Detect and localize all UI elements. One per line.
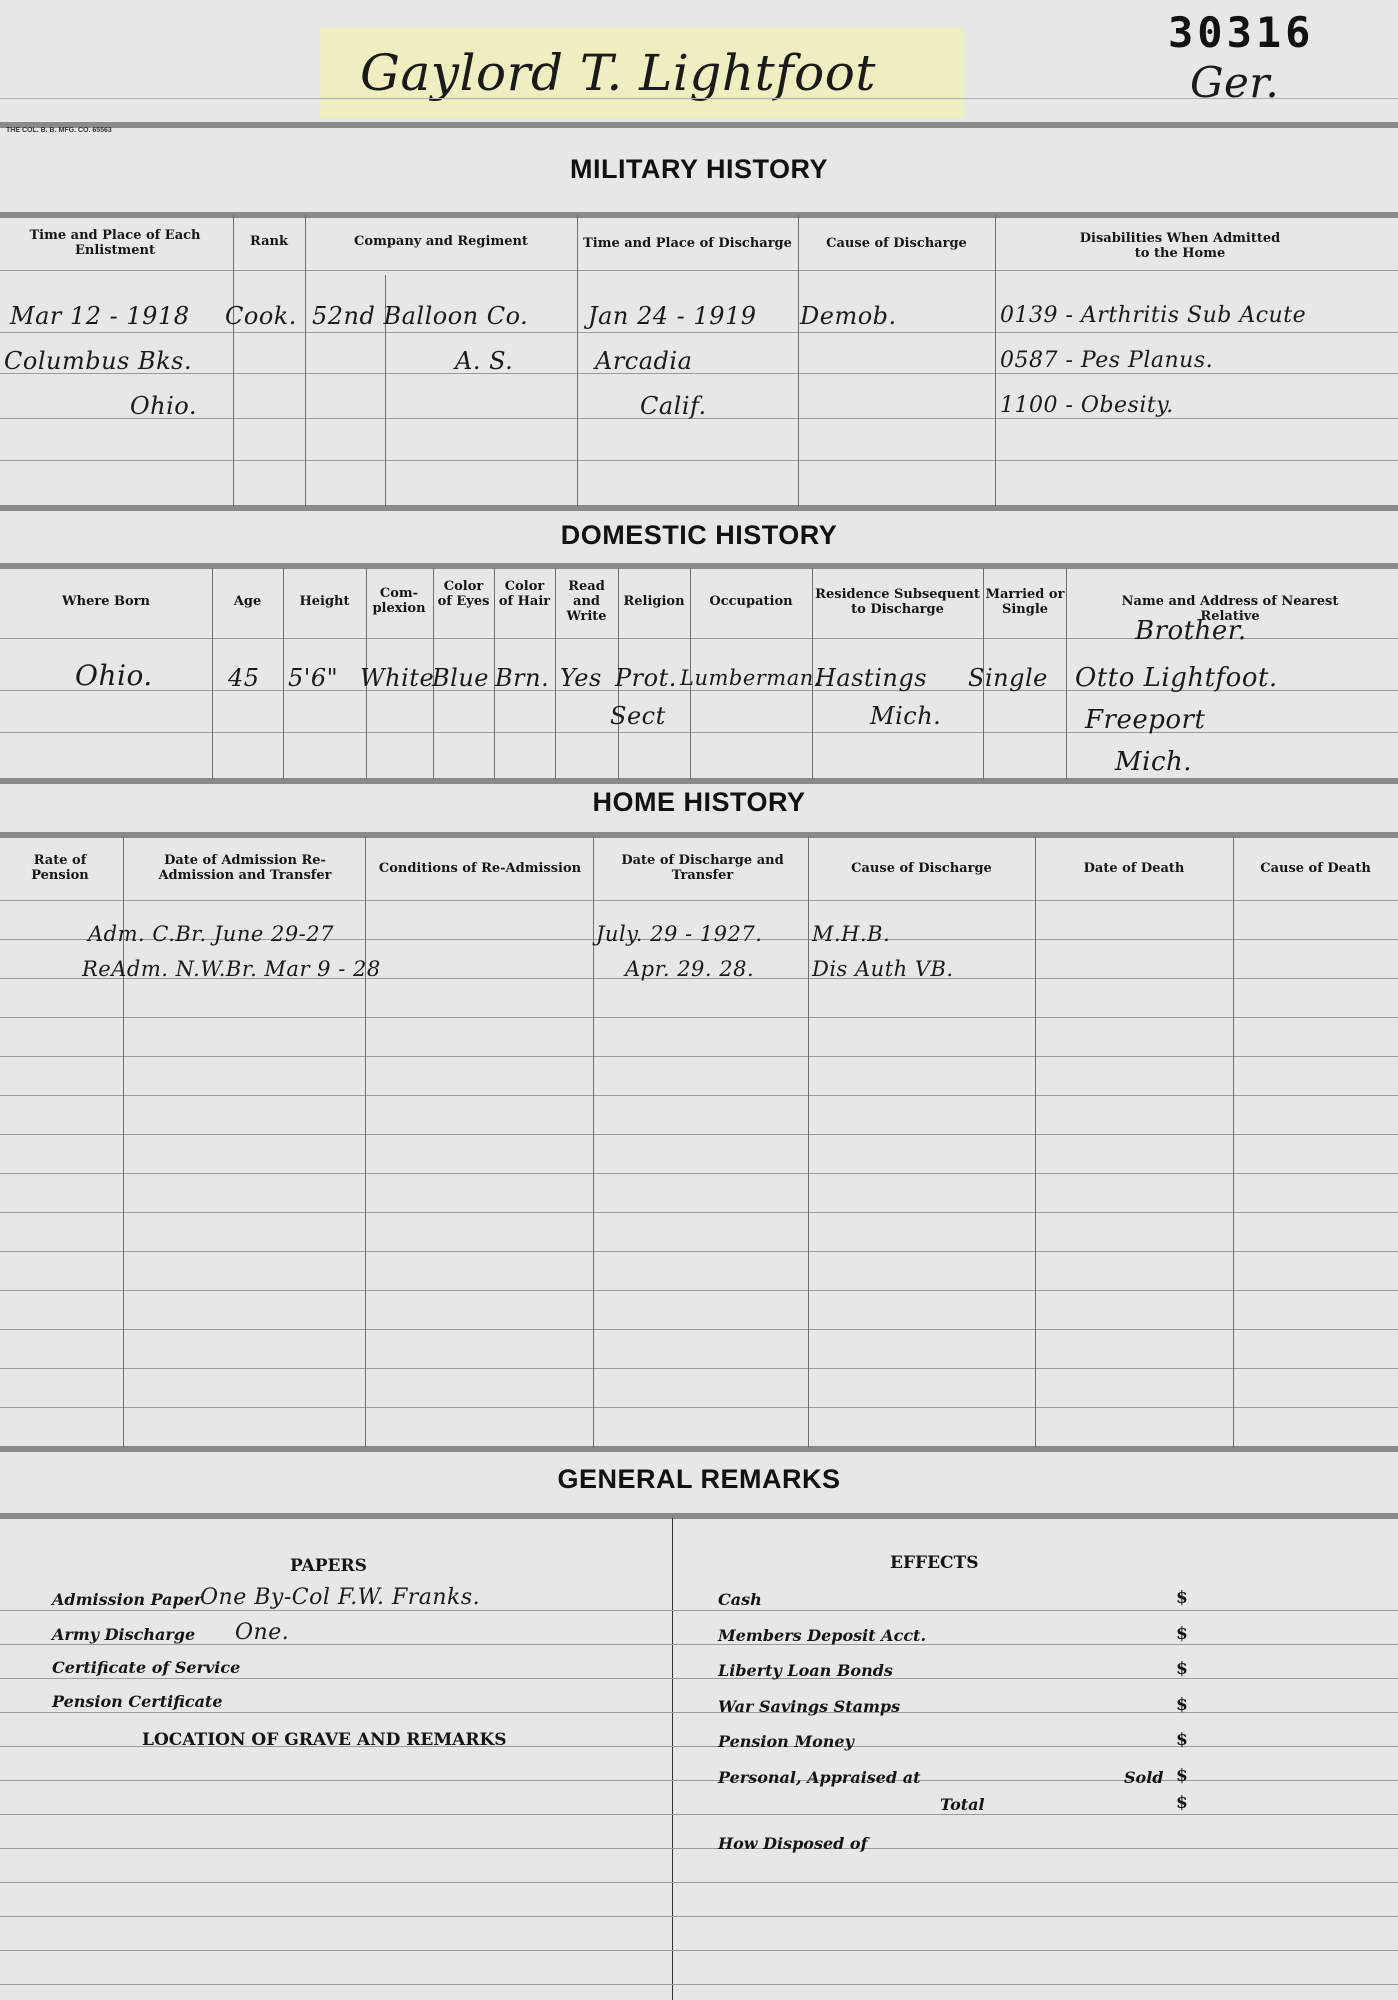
col-age: Age: [212, 594, 283, 609]
disability-2: 0587 - Pes Planus.: [1000, 345, 1213, 377]
paper-value-army-discharge: One.: [235, 1617, 289, 1649]
col-marital: Married or Single: [985, 587, 1065, 617]
effects-total-currency: $: [1176, 1793, 1188, 1813]
military-history-title: MILITARY HISTORY: [0, 154, 1398, 185]
effects-item-label: Members Deposit Acct.: [718, 1626, 926, 1645]
record-number: 30316: [1168, 8, 1314, 57]
relative-line-2: Otto Lightfoot.: [1075, 662, 1278, 694]
col-company-regiment: Company and Regiment: [305, 234, 577, 249]
paper-label-army-discharge: Army Discharge: [52, 1625, 195, 1644]
discharge-line-3: Calif.: [640, 390, 707, 422]
col-rank: Rank: [233, 234, 305, 249]
effects-sold-label: Sold: [1124, 1768, 1164, 1787]
relative-line-4: Mich.: [1115, 746, 1192, 778]
effects-total-label: Total: [940, 1795, 985, 1814]
col-hair-color: Color of Hair: [497, 579, 552, 609]
col-enlistment: Time and Place of Each Enlistment: [15, 228, 215, 258]
col-date-death: Date of Death: [1035, 861, 1233, 876]
enlistment-line-3: Ohio.: [130, 390, 197, 422]
discharge-row-2: Apr. 29. 28.: [625, 953, 754, 985]
residence-line-1: Hastings: [815, 662, 927, 694]
disability-3: 1100 - Obesity.: [1000, 390, 1174, 422]
cause-row-1: M.H.B.: [812, 918, 890, 950]
col-cause-discharge: Cause of Discharge: [798, 236, 995, 251]
effects-item-label: War Savings Stamps: [718, 1697, 900, 1716]
col-complexion: Com-plexion: [369, 586, 429, 616]
col-disabilities: Disabilities When Admitted to the Home: [1075, 231, 1285, 261]
col-discharge-time-place: Time and Place of Discharge: [577, 236, 798, 251]
relative-line-1: Brother.: [1135, 615, 1247, 647]
admission-row-1: Adm. C.Br. June 29-27: [88, 918, 334, 950]
record-branch: Ger.: [1190, 58, 1279, 107]
relative-line-3: Freeport: [1085, 704, 1205, 736]
col-occupation: Occupation: [690, 594, 812, 609]
general-remarks-title: GENERAL REMARKS: [0, 1464, 1398, 1495]
col-read-write: Read and Write: [558, 579, 615, 624]
discharge-line-2: Arcadia: [595, 345, 692, 377]
cause-row-2: Dis Auth VB.: [812, 953, 954, 985]
effects-item-label: Personal, Appraised at: [718, 1768, 920, 1787]
company-line-2: A. S.: [455, 345, 513, 377]
effects-item-label: Liberty Loan Bonds: [718, 1661, 893, 1680]
religion-line-1: Prot.: [615, 662, 677, 694]
rank-value: Cook.: [225, 300, 297, 332]
eyes-value: Blue: [432, 662, 489, 694]
paper-label-pension-certificate: Pension Certificate: [52, 1692, 223, 1711]
col-where-born: Where Born: [0, 594, 212, 609]
effects-disposed-label: How Disposed of: [718, 1834, 867, 1853]
dollar-sign-icon: $: [1176, 1695, 1188, 1715]
printer-mark: THE COL. B. B. MFG. CO. 65563: [6, 127, 112, 134]
papers-title: PAPERS: [290, 1556, 367, 1576]
paper-value-admission: One By-Col F.W. Franks.: [200, 1582, 480, 1614]
register-card: Gaylord T. Lightfoot 30316 Ger. THE COL.…: [0, 0, 1398, 2000]
col-rate-pension: Rate of Pension: [20, 853, 100, 883]
read-write-value: Yes: [560, 662, 602, 694]
admission-row-2: ReAdm. N.W.Br. Mar 9 - 28: [82, 953, 381, 985]
discharge-line-1: Jan 24 - 1919: [588, 300, 757, 332]
domestic-history-title: DOMESTIC HISTORY: [0, 520, 1398, 551]
residence-line-2: Mich.: [870, 700, 941, 732]
born-value: Ohio.: [75, 660, 153, 692]
cause-discharge-value: Demob.: [800, 300, 897, 332]
col-readmission-conditions: Conditions of Re-Admission: [370, 861, 590, 876]
enlistment-line-2: Columbus Bks.: [4, 345, 192, 377]
effects-title: EFFECTS: [890, 1553, 979, 1573]
dollar-sign-icon: $: [1176, 1659, 1188, 1679]
age-value: 45: [228, 662, 260, 694]
religion-line-2: Sect: [610, 700, 666, 732]
col-cause-death: Cause of Death: [1233, 861, 1398, 876]
dollar-sign-icon: $: [1176, 1730, 1188, 1750]
height-value: 5'6": [288, 662, 338, 694]
grave-remarks-title: LOCATION OF GRAVE AND REMARKS: [142, 1730, 507, 1750]
home-history-title: HOME HISTORY: [0, 787, 1398, 818]
dollar-sign-icon: $: [1176, 1624, 1188, 1644]
marital-value: Single: [968, 662, 1048, 694]
occupation-value: Lumberman.: [680, 662, 821, 694]
hair-value: Brn.: [495, 662, 549, 694]
paper-label-certificate-service: Certificate of Service: [52, 1658, 240, 1677]
complexion-value: White: [360, 662, 434, 694]
effects-item-label: Cash: [718, 1590, 762, 1609]
col-residence: Residence Subsequent to Discharge: [815, 587, 980, 617]
paper-label-admission: Admission Paper: [52, 1590, 202, 1609]
dollar-sign-icon: $: [1176, 1588, 1188, 1608]
disability-1: 0139 - Arthritis Sub Acute: [1000, 300, 1306, 332]
enlistment-line-1: Mar 12 - 1918: [10, 300, 189, 332]
col-eye-color: Color of Eyes: [436, 579, 491, 609]
col-admission: Date of Admission Re-Admission and Trans…: [140, 853, 350, 883]
company-line-1: 52nd Balloon Co.: [312, 300, 528, 332]
col-home-cause-discharge: Cause of Discharge: [808, 861, 1035, 876]
col-height: Height: [283, 594, 366, 609]
member-name: Gaylord T. Lightfoot: [360, 44, 876, 102]
col-religion: Religion: [618, 594, 690, 609]
discharge-row-1: July. 29 - 1927.: [596, 918, 762, 950]
effects-item-label: Pension Money: [718, 1732, 854, 1751]
col-discharge-transfer: Date of Discharge and Transfer: [620, 853, 785, 883]
dollar-sign-icon: $: [1176, 1766, 1188, 1786]
